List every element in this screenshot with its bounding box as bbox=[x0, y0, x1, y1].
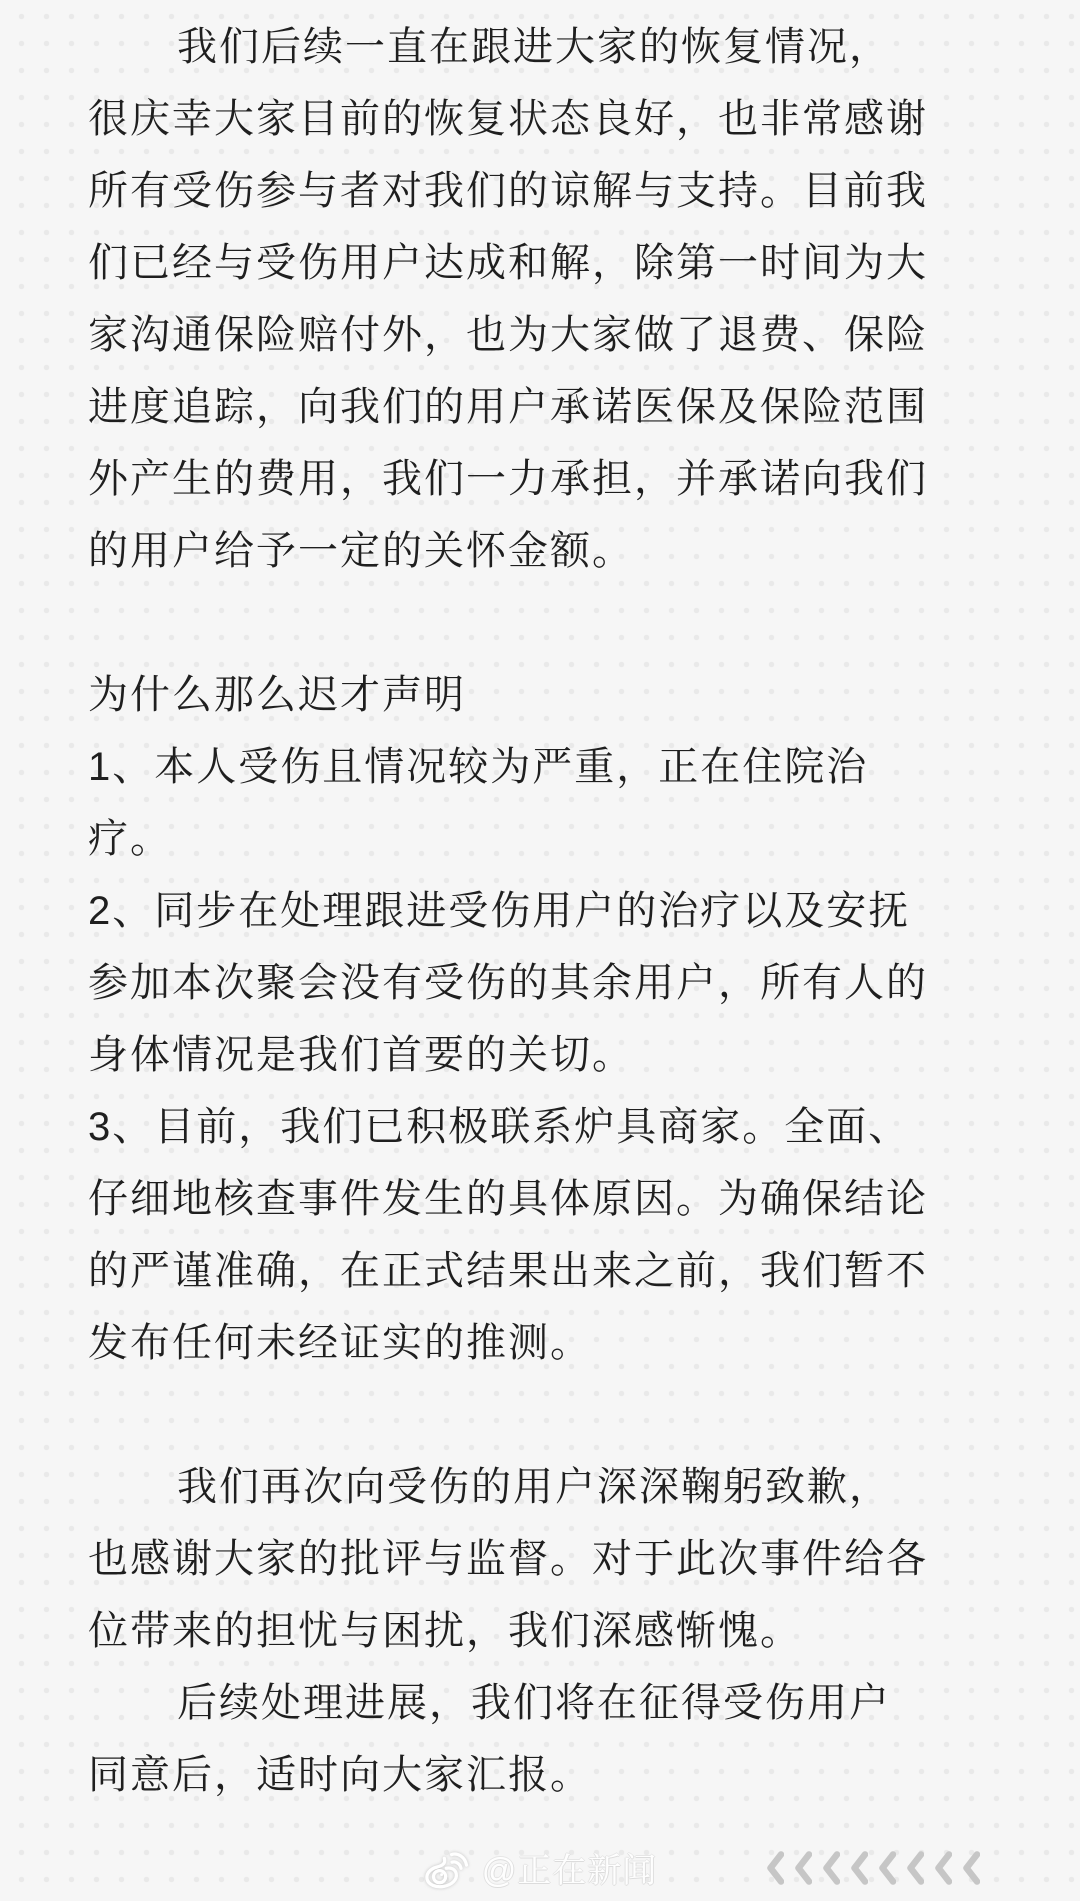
text-line: 同意后，适时向大家汇报。 bbox=[88, 1739, 1080, 1811]
text-line: 家沟通保险赔付外，也为大家做了退费、保险 bbox=[88, 299, 1080, 371]
blank-line bbox=[88, 1379, 1080, 1451]
text-line: 发布任何未经证实的推测。 bbox=[88, 1307, 1080, 1379]
chevron-left-icon bbox=[823, 1851, 840, 1885]
text-line: 的严谨准确，在正式结果出来之前，我们暂不 bbox=[88, 1235, 1080, 1307]
text-line: 我们后续一直在跟进大家的恢复情况， bbox=[88, 11, 1080, 83]
text-line: 身体情况是我们首要的关切。 bbox=[88, 1019, 1080, 1091]
chevron-left-icon bbox=[767, 1851, 784, 1885]
text-line: 很庆幸大家目前的恢复状态良好，也非常感谢 bbox=[88, 83, 1080, 155]
text-line: 疗。 bbox=[88, 803, 1080, 875]
text-line: 我们再次向受伤的用户深深鞠躬致歉， bbox=[88, 1451, 1080, 1523]
text-line: 3、目前，我们已积极联系炉具商家。全面、 bbox=[88, 1091, 1080, 1163]
statement-text-block: 我们后续一直在跟进大家的恢复情况，很庆幸大家目前的恢复状态良好，也非常感谢所有受… bbox=[88, 11, 1080, 1811]
text-line: 为什么那么迟才声明 bbox=[88, 659, 1080, 731]
chevron-row bbox=[767, 1851, 980, 1885]
statement-page: 我们后续一直在跟进大家的恢复情况，很庆幸大家目前的恢复状态良好，也非常感谢所有受… bbox=[0, 0, 1080, 1901]
text-line: 2、同步在处理跟进受伤用户的治疗以及安抚 bbox=[88, 875, 1080, 947]
text-line: 所有受伤参与者对我们的谅解与支持。目前我 bbox=[88, 155, 1080, 227]
text-line: 1、本人受伤且情况较为严重，正在住院治 bbox=[88, 731, 1080, 803]
blank-line bbox=[88, 587, 1080, 659]
text-line: 也感谢大家的批评与监督。对于此次事件给各 bbox=[88, 1523, 1080, 1595]
text-line: 参加本次聚会没有受伤的其余用户，所有人的 bbox=[88, 947, 1080, 1019]
chevron-left-icon bbox=[935, 1851, 952, 1885]
text-line: 后续处理进展，我们将在征得受伤用户 bbox=[88, 1667, 1080, 1739]
weibo-icon bbox=[423, 1845, 473, 1890]
text-line: 的用户给予一定的关怀金额。 bbox=[88, 515, 1080, 587]
chevron-left-icon bbox=[879, 1851, 896, 1885]
text-line: 外产生的费用，我们一力承担，并承诺向我们 bbox=[88, 443, 1080, 515]
chevron-left-icon bbox=[851, 1851, 868, 1885]
text-line: 仔细地核查事件发生的具体原因。为确保结论 bbox=[88, 1163, 1080, 1235]
text-line: 进度追踪，向我们的用户承诺医保及保险范围 bbox=[88, 371, 1080, 443]
watermark: @正在新闻 bbox=[423, 1843, 658, 1892]
chevron-left-icon bbox=[907, 1851, 924, 1885]
watermark-handle: @正在新闻 bbox=[482, 1843, 658, 1892]
text-line: 位带来的担忧与困扰，我们深感惭愧。 bbox=[88, 1595, 1080, 1667]
chevron-left-icon bbox=[963, 1851, 980, 1885]
chevron-left-icon bbox=[795, 1851, 812, 1885]
text-line: 们已经与受伤用户达成和解，除第一时间为大 bbox=[88, 227, 1080, 299]
